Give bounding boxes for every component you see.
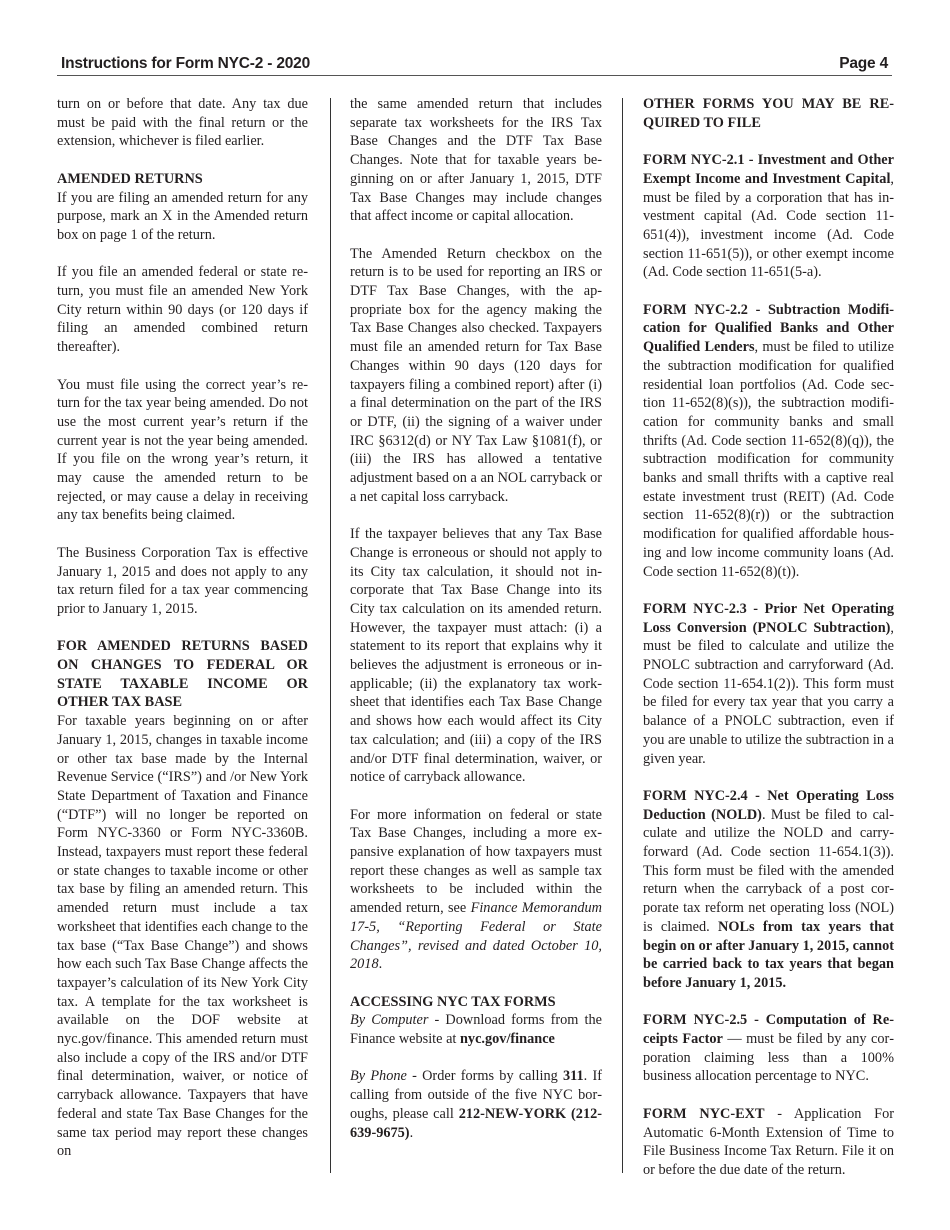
document-title: Instructions for Form NYC-2 - 2020: [61, 55, 310, 73]
form-nyc-2-4-entry: FORM NYC-2.4 - Net Operating Loss Deduct…: [643, 787, 894, 993]
paragraph-amended-federal-state: If you file an amended federal or state …: [57, 263, 308, 357]
heading-other-forms: OTHER FORMS YOU MAY BE RE­QUIRED TO FILE: [643, 95, 894, 132]
form-nyc-2-1-entry: FORM NYC-2.1 - Investment and Other Exem…: [643, 151, 894, 282]
form-nyc-ext-entry: FORM NYC-EXT - Application For Automatic…: [643, 1105, 894, 1180]
paragraph-tax-base-changes: For taxable years beginning on or after …: [57, 712, 308, 1161]
column-2: the same amended return that includes se…: [350, 95, 602, 1142]
column-3: OTHER FORMS YOU MAY BE RE­QUIRED TO FILE…: [643, 95, 894, 1180]
paragraph-by-phone: By Phone - Order forms by calling 311. I…: [350, 1067, 602, 1142]
column-divider: [622, 98, 623, 1173]
paragraph-amended-checkbox: The Amended Return checkbox on the retur…: [350, 245, 602, 507]
form-nyc-2-3-entry: FORM NYC-2.3 - Prior Net Operating Loss …: [643, 600, 894, 768]
page-number: Page 4: [839, 55, 888, 73]
paragraph-correct-year: You must file using the correct year’s r…: [57, 376, 308, 526]
paragraph-erroneous-change: If the taxpayer believes that any Tax Ba…: [350, 525, 602, 787]
heading-amended-returns: AMENDED RETURNS: [57, 170, 308, 189]
column-1: turn on or before that date. Any tax due…: [57, 95, 308, 1161]
column-divider: [330, 98, 331, 1173]
paragraph-by-computer: By Computer - Download forms from the Fi…: [350, 1011, 602, 1048]
finance-website-link[interactable]: nyc.gov/finance: [460, 1031, 555, 1047]
paragraph-same-amended-return: the same amended return that includes se…: [350, 95, 602, 226]
paragraph-more-information: For more information on federal or state…: [350, 806, 602, 974]
phone-311: 311: [563, 1068, 584, 1084]
form-nyc-2-5-entry: FORM NYC-2.5 - Computation of Re­ceipts …: [643, 1011, 894, 1086]
heading-amended-changes: FOR AMENDED RETURNS BASED ON CHANGES TO …: [57, 637, 308, 712]
heading-accessing-forms: ACCESSING NYC TAX FORMS: [350, 993, 602, 1012]
page-header: Instructions for Form NYC-2 - 2020 Page …: [57, 56, 892, 76]
form-nyc-2-2-entry: FORM NYC-2.2 - Subtraction Modifi­cation…: [643, 301, 894, 582]
paragraph-business-corp-tax: The Business Corporation Tax is effec­ti…: [57, 544, 308, 619]
paragraph-amended-purpose: If you are filing an amended return for …: [57, 189, 308, 245]
paragraph-extension-continued: turn on or before that date. Any tax due…: [57, 95, 308, 151]
